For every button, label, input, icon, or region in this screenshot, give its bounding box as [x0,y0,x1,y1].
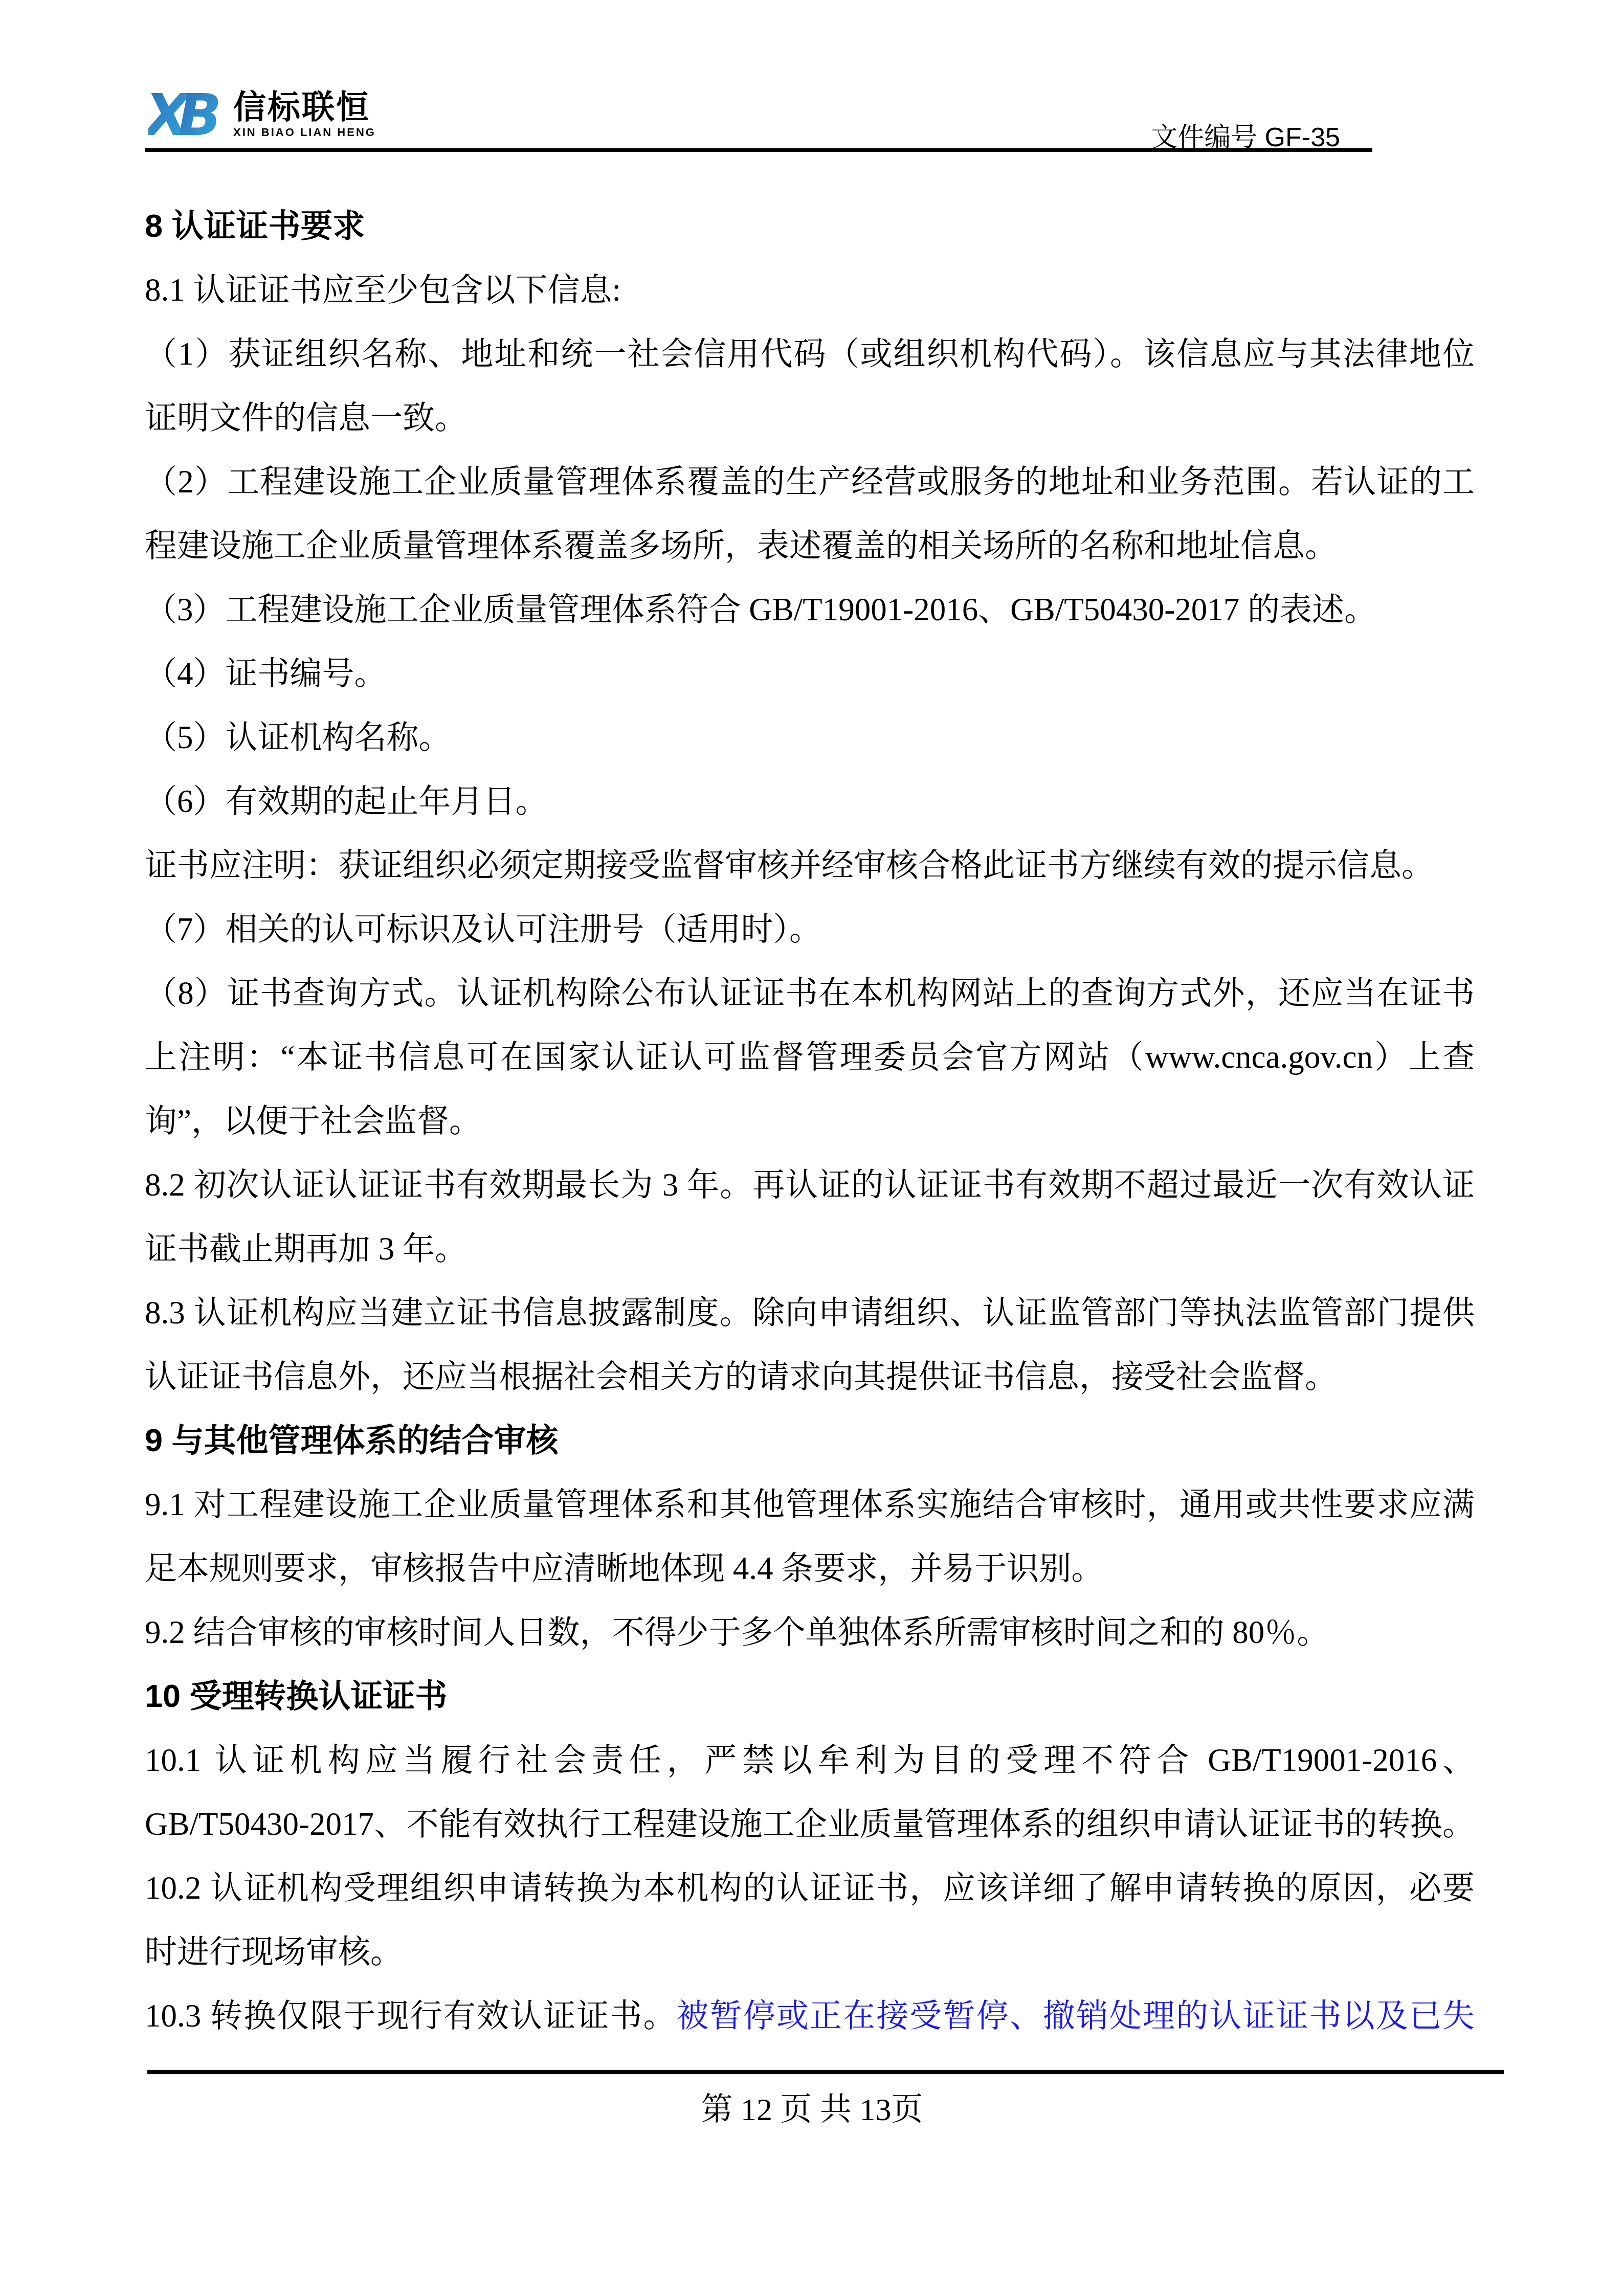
text-run: （5）认证机构名称。 [145,719,451,755]
section-heading: 8 认证证书要求 [145,194,1475,258]
header-rule [145,148,1372,152]
paragraph-line: 证书截止期再加 3 年。 [145,1217,1475,1281]
text-run: 8.1 认证证书应至少包含以下信息: [145,272,621,308]
text-run: GB/T50430-2017、不能有效执行工程建设施工企业质量管理体系的组织申请… [145,1806,1475,1842]
logo-company-pinyin: XIN BIAO LIAN HENG [233,126,376,139]
paragraph-line: 8.3 认证机构应当建立证书信息披露制度。除向申请组织、认证监管部门等执法监管部… [145,1281,1475,1345]
paragraph-line: （8）证书查询方式。认证机构除公布认证证书在本机构网站上的查询方式外，还应当在证… [145,961,1475,1025]
section-heading: 10 受理转换认证证书 [145,1664,1475,1728]
paragraph-line: 10.3 转换仅限于现行有效认证证书。被暂停或正在接受暂停、撤销处理的认证证书以… [145,1984,1475,2048]
paragraph-line: 8.2 初次认证认证证书有效期最长为 3 年。再认证的认证证书有效期不超过最近一… [145,1153,1475,1217]
text-run: 9.2 结合审核的审核时间人日数，不得少于多个单独体系所需审核时间之和的 80％… [145,1614,1329,1650]
paragraph-line: 询”，以便于社会监督。 [145,1089,1475,1153]
text-run: 询”，以便于社会监督。 [145,1103,481,1139]
text-run: （8）证书查询方式。认证机构除公布认证证书在本机构网站上的查询方式外，还应当在证… [145,975,1475,1011]
text-run: （4）证书编号。 [145,656,387,691]
paragraph-line: （2）工程建设施工企业质量管理体系覆盖的生产经营或服务的地址和业务范围。若认证的… [145,450,1475,514]
text-run: （7）相关的认可标识及认可注册号（适用时）。 [145,911,821,947]
paragraph-line: 认证证书信息外，还应当根据社会相关方的请求向其提供证书信息，接受社会监督。 [145,1345,1475,1409]
text-run: 上注明：“本证书信息可在国家认证认可监督管理委员会官方网站（www.cnca.g… [145,1039,1475,1075]
paragraph-line: 程建设施工企业质量管理体系覆盖多场所，表述覆盖的相关场所的名称和地址信息。 [145,514,1475,578]
highlighted-text: 被暂停或正在接受暂停、撤销处理的认证证书以及已失 [677,1998,1475,2034]
text-run: 足本规则要求，审核报告中应清晰地体现 4.4 条要求，并易于识别。 [145,1550,1103,1586]
text-run: 10 受理转换认证证书 [145,1678,448,1714]
logo-text-block: 信标联恒 XIN BIAO LIAN HENG [233,90,376,139]
text-run: 9.1 对工程建设施工企业质量管理体系和其他管理体系实施结合审核时，通用或共性要… [145,1487,1475,1522]
text-run: 证书应注明：获证组织必须定期接受监督审核并经审核合格此证书方继续有效的提示信息。 [145,847,1434,883]
paragraph-line: 上注明：“本证书信息可在国家认证认可监督管理委员会官方网站（www.cnca.g… [145,1025,1475,1089]
text-run: 10.3 转换仅限于现行有效认证证书。 [145,1998,677,2034]
text-run: 10.2 认证机构受理组织申请转换为本机构的认证证书，应该详细了解申请转换的原因… [145,1870,1475,1906]
text-run: 8 认证证书要求 [145,208,365,244]
text-run: 认证证书信息外，还应当根据社会相关方的请求向其提供证书信息，接受社会监督。 [145,1359,1337,1394]
text-run: 时进行现场审核。 [145,1934,403,1970]
logo-company-name: 信标联恒 [233,90,376,124]
document-lines: 8 认证证书要求8.1 认证证书应至少包含以下信息:（1）获证组织名称、地址和统… [145,194,1475,2048]
footer-rule [147,2070,1504,2074]
paragraph-line: （7）相关的认可标识及认可注册号（适用时）。 [145,897,1475,961]
text-run: 10.1 认证机构应当履行社会责任，严禁以牟利为目的受理不符合 GB/T1900… [145,1742,1475,1778]
text-run: 证明文件的信息一致。 [145,400,467,436]
document-page: X B 信标联恒 XIN BIAO LIAN HENG 文件编号 GF-35 8… [0,0,1624,2296]
paragraph-line: （5）认证机构名称。 [145,706,1475,770]
page-number: 第 12 页 共 13页 [0,2084,1624,2129]
paragraph-line: （3）工程建设施工企业质量管理体系符合 GB/T19001-2016、GB/T5… [145,578,1475,642]
text-run: （2）工程建设施工企业质量管理体系覆盖的生产经营或服务的地址和业务范围。若认证的… [145,464,1475,500]
text-run: 程建设施工企业质量管理体系覆盖多场所，表述覆盖的相关场所的名称和地址信息。 [145,528,1337,564]
text-run: 证书截止期再加 3 年。 [145,1231,467,1267]
svg-text:B: B [178,88,221,138]
paragraph-line: 足本规则要求，审核报告中应清晰地体现 4.4 条要求，并易于识别。 [145,1537,1475,1601]
company-logo: X B 信标联恒 XIN BIAO LIAN HENG [148,88,376,139]
text-run: 8.3 认证机构应当建立证书信息披露制度。除向申请组织、认证监管部门等执法监管部… [145,1295,1475,1331]
text-run: 8.2 初次认证认证证书有效期最长为 3 年。再认证的认证证书有效期不超过最近一… [145,1167,1475,1203]
section-heading: 9 与其他管理体系的结合审核 [145,1409,1475,1473]
paragraph-line: 9.1 对工程建设施工企业质量管理体系和其他管理体系实施结合审核时，通用或共性要… [145,1473,1475,1537]
paragraph-line: （6）有效期的起止年月日。 [145,770,1475,834]
paragraph-line: （1）获证组织名称、地址和统一社会信用代码（或组织机构代码）。该信息应与其法律地… [145,322,1475,386]
text-run: （3）工程建设施工企业质量管理体系符合 GB/T19001-2016、GB/T5… [145,592,1376,627]
text-run: （6）有效期的起止年月日。 [145,783,548,819]
paragraph-line: 9.2 结合审核的审核时间人日数，不得少于多个单独体系所需审核时间之和的 80％… [145,1601,1475,1664]
paragraph-line: 证书应注明：获证组织必须定期接受监督审核并经审核合格此证书方继续有效的提示信息。 [145,834,1475,897]
paragraph-line: （4）证书编号。 [145,642,1475,706]
paragraph-line: 证明文件的信息一致。 [145,386,1475,450]
paragraph-line: GB/T50430-2017、不能有效执行工程建设施工企业质量管理体系的组织申请… [145,1792,1475,1856]
paragraph-line: 时进行现场审核。 [145,1920,1475,1984]
logo-xb-icon: X B [148,88,226,138]
paragraph-line: 10.2 认证机构受理组织申请转换为本机构的认证证书，应该详细了解申请转换的原因… [145,1856,1475,1920]
paragraph-line: 10.1 认证机构应当履行社会责任，严禁以牟利为目的受理不符合 GB/T1900… [145,1728,1475,1792]
paragraph-line: 8.1 认证证书应至少包含以下信息: [145,258,1475,322]
text-run: 9 与其他管理体系的结合审核 [145,1423,559,1458]
text-run: （1）获证组织名称、地址和统一社会信用代码（或组织机构代码）。该信息应与其法律地… [145,336,1475,372]
